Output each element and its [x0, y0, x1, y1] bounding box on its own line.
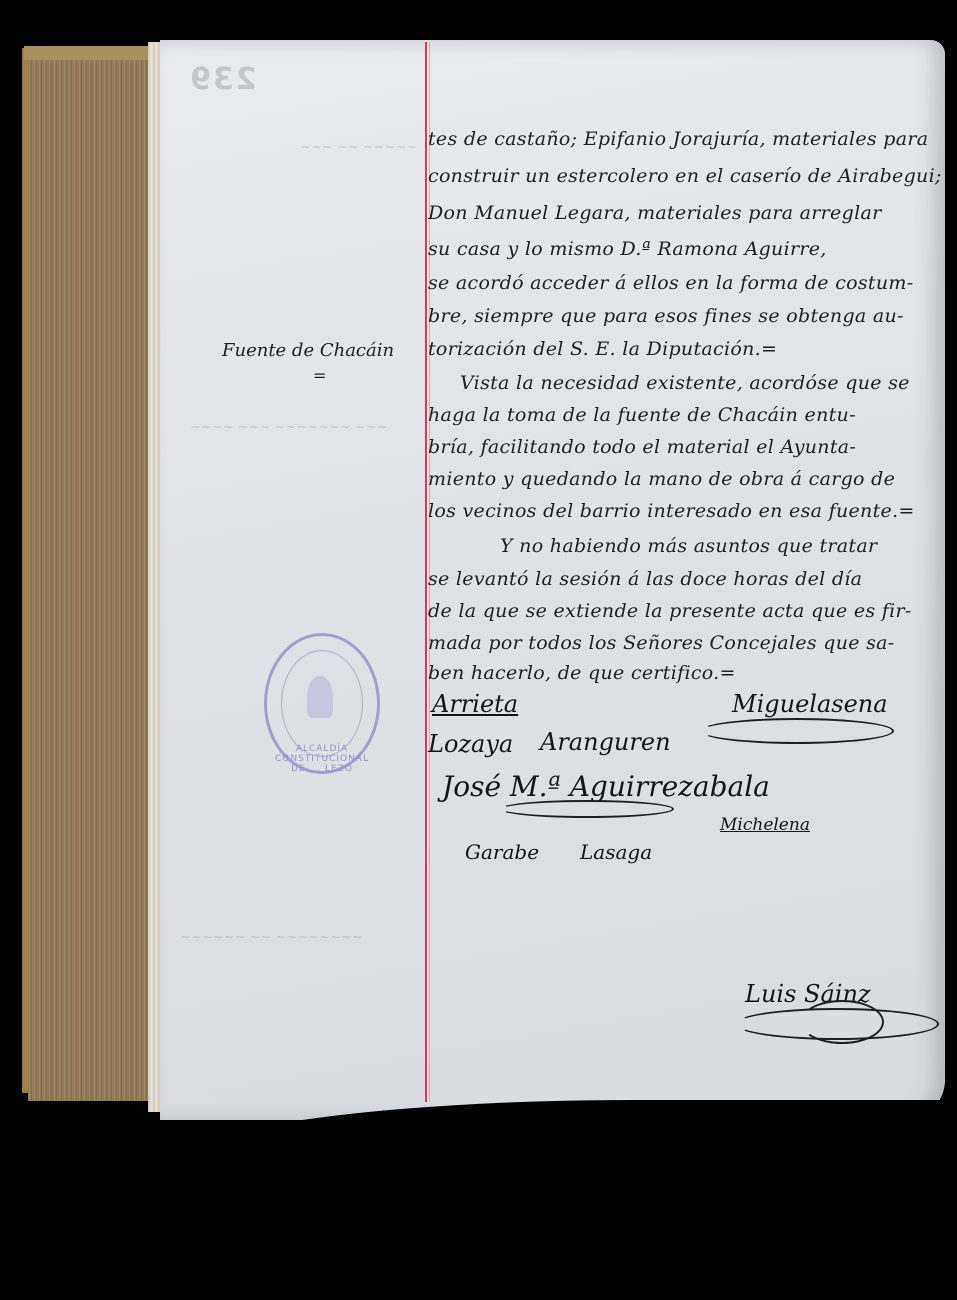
signature: Lozaya [428, 730, 513, 758]
body-line: Don Manuel Legara, materiales para arreg… [428, 202, 881, 224]
body-line: su casa y lo mismo D.ª Ramona Aguirre, [428, 238, 827, 260]
signature: José M.ª Aguirrezabala [442, 770, 770, 803]
margin-note-mark: = [313, 366, 326, 385]
official-seal: ALCALDÍA CONSTITUCIONAL DE ... LEZO [264, 633, 380, 774]
margin-note-title: Fuente de Chacáin [222, 340, 394, 361]
signature: Aranguren [540, 728, 671, 756]
signature: Arrieta [432, 690, 518, 718]
signature-flourish [500, 800, 674, 818]
body-line: se levantó la sesión á las doce horas de… [428, 568, 862, 590]
ghost-page-number: 239 [188, 62, 257, 97]
body-line: bría, facilitando todo el material el Ay… [428, 436, 856, 458]
book-top-edge [24, 46, 152, 60]
body-line: se acordó acceder á ellos en la forma de… [428, 272, 913, 294]
body-line: torización del S. E. la Diputación.= [428, 338, 777, 360]
signature-flourish [800, 1000, 884, 1044]
signature-flourish [700, 718, 894, 744]
signature: Garabe [465, 840, 539, 864]
body-line: mada por todos los Señores Concejales qu… [428, 632, 895, 654]
bleed-through-text: ~~~ ~~ ~~~~~ [300, 140, 417, 155]
body-line: miento y quedando la mano de obra á carg… [428, 468, 895, 490]
margin-rule [425, 42, 427, 1102]
body-line: Vista la necesidad existente, acordóse q… [460, 372, 910, 394]
bleed-through-text: ~~~~~~ ~~ ~~~~~~~~ [180, 930, 363, 945]
signature: Miguelasena [732, 690, 888, 718]
body-line: Y no habiendo más asuntos que tratar [500, 535, 877, 557]
body-line: tes de castaño; Epifanio Jorajuría, mate… [428, 128, 928, 150]
book-fore-edge [28, 50, 148, 1101]
body-line: ben hacerlo, de que certifico.= [428, 662, 736, 684]
seal-emblem-icon [307, 676, 333, 718]
body-line: bre, siempre que para esos fines se obte… [428, 305, 904, 327]
signature: Michelena [720, 815, 810, 835]
body-line: construir un estercolero en el caserío d… [428, 165, 942, 187]
signature: Lasaga [580, 840, 652, 864]
body-line: de la que se extiende la presente acta q… [428, 600, 912, 622]
body-line: haga la toma de la fuente de Chacáin ent… [428, 404, 856, 426]
seal-text: ALCALDÍA CONSTITUCIONAL DE ... LEZO [267, 744, 377, 774]
body-line: los vecinos del barrio interesado en esa… [428, 500, 915, 522]
bleed-through-text: ~~~~ ~~~ ~~~~~~~ ~~~ [190, 420, 388, 435]
